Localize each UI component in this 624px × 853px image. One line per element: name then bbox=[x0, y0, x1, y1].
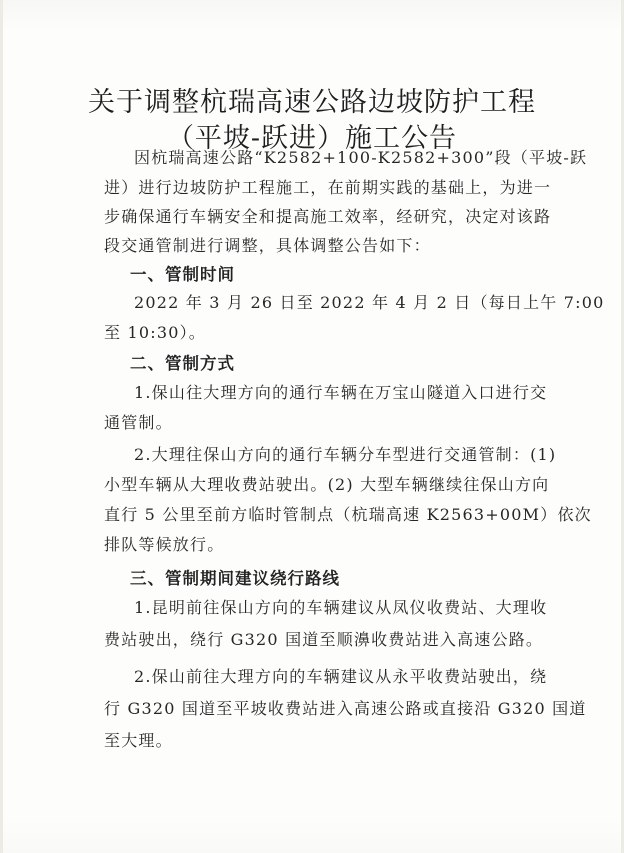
section-line: 通管制。 bbox=[104, 410, 534, 433]
section-line: 直行 5 公里至前方临时管制点（杭瑞高速 K2563+00M）依次 bbox=[104, 502, 534, 525]
section-line: 费站驶出，绕行 G320 国道至顺濞收费站进入高速公路。 bbox=[104, 627, 534, 650]
section-line: 小型车辆从大理收费站驶出。(2) 大型车辆继续往保山方向 bbox=[104, 472, 534, 495]
document-page: 关于调整杭瑞高速公路边坡防护工程 （平坡-跃进）施工公告 因杭瑞高速公路“K25… bbox=[0, 0, 624, 853]
section-line: 2.大理往保山方向的通行车辆分车型进行交通管制：(1) bbox=[134, 442, 564, 465]
section-line: 行 G320 国道至平坡收费站进入高速公路或直接沿 G320 国道 bbox=[104, 696, 534, 719]
document-title-line-1: 关于调整杭瑞高速公路边坡防护工程 bbox=[0, 80, 624, 119]
section-line: 2022 年 3 月 26 日至 2022 年 4 月 2 日（每日上午 7:0… bbox=[134, 290, 564, 313]
section-line: 至大理。 bbox=[104, 728, 534, 751]
section-line: 1.昆明前往保山方向的车辆建议从凤仪收费站、大理收 bbox=[134, 595, 564, 618]
section-heading-detour-routes: 三、管制期间建议绕行路线 bbox=[130, 565, 340, 589]
intro-line: 段交通管制进行调整，具体调整公告如下： bbox=[104, 233, 534, 256]
intro-line: 进）进行边坡防护工程施工，在前期实践的基础上，为进一 bbox=[104, 175, 534, 198]
intro-line: 步确保通行车辆安全和提高施工效率，经研究，决定对该路 bbox=[104, 204, 534, 227]
section-line: 2.保山前往大理方向的车辆建议从永平收费站驶出，绕 bbox=[134, 664, 564, 687]
section-heading-control-method: 二、管制方式 bbox=[130, 350, 235, 374]
section-line: 至 10:30）。 bbox=[104, 320, 534, 343]
section-line: 1.保山往大理方向的通行车辆在万宝山隧道入口进行交 bbox=[134, 380, 564, 403]
section-heading-control-time: 一、管制时间 bbox=[130, 261, 235, 285]
intro-line: 因杭瑞高速公路“K2582+100-K2582+300”段（平坡-跃 bbox=[134, 145, 564, 168]
section-line: 排队等候放行。 bbox=[104, 532, 534, 555]
